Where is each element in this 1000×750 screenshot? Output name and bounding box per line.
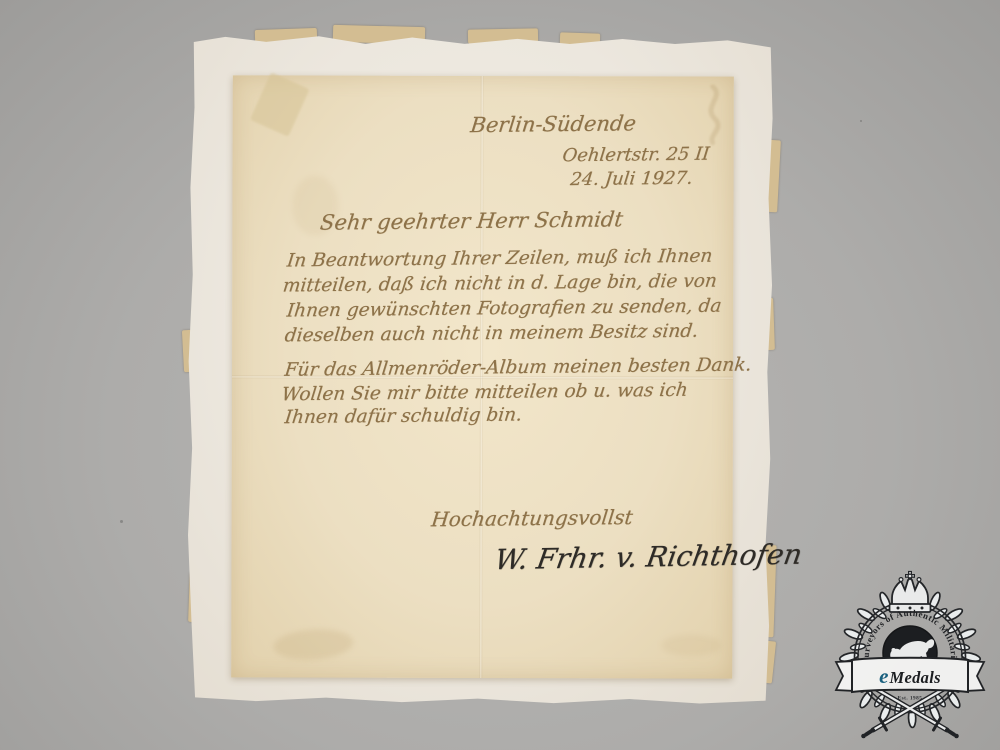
established-text: Est. 1985 [898, 696, 923, 702]
photo-stage: Berlin-Südende Oehlertstr. 25 II 24. Jul… [0, 0, 1000, 750]
letter-body-line: dieselben auch nicht in meinem Besitz si… [284, 321, 700, 347]
tape-remnant [250, 72, 310, 137]
letter-body-line: mitteilen, daß ich nicht in d. Lage bin,… [282, 271, 718, 297]
ink-ghost-mark [695, 85, 731, 147]
paper-stain [661, 634, 721, 656]
emedals-watermark: Purveyors of Authentic Militaria [826, 558, 998, 750]
dust-speck [860, 120, 862, 122]
ribbon-banner: eMedals [836, 658, 984, 692]
letter-closing: Hochachtungsvollst [430, 505, 634, 531]
letter-salutation: Sehr geehrter Herr Schmidt [319, 207, 624, 234]
brand-wordmark: eMedals [879, 664, 941, 688]
letter-street-line: Oehlertstr. 25 II [561, 144, 710, 167]
crown-icon [890, 572, 931, 613]
letter-body-line: Wollen Sie mir bitte mitteilen ob u. was… [280, 380, 688, 406]
letter-body-line: Ihnen gewünschten Fotografien zu senden,… [286, 296, 723, 322]
letter-signature: W. Frhr. v. Richthofen [492, 538, 804, 577]
emedals-badge: Purveyors of Authentic Militaria [826, 558, 998, 750]
paper-stain [272, 627, 354, 662]
letter-sheet: Berlin-Südende Oehlertstr. 25 II 24. Jul… [231, 75, 734, 678]
letter-body-line: Ihnen dafür schuldig bin. [284, 404, 524, 428]
letter-body-line: In Beantwortung Ihrer Zeilen, muß ich Ih… [286, 246, 714, 272]
letter-date-line: 24. Juli 1927. [569, 168, 693, 190]
dust-speck [120, 520, 123, 523]
letter-place-line: Berlin-Südende [469, 111, 637, 137]
